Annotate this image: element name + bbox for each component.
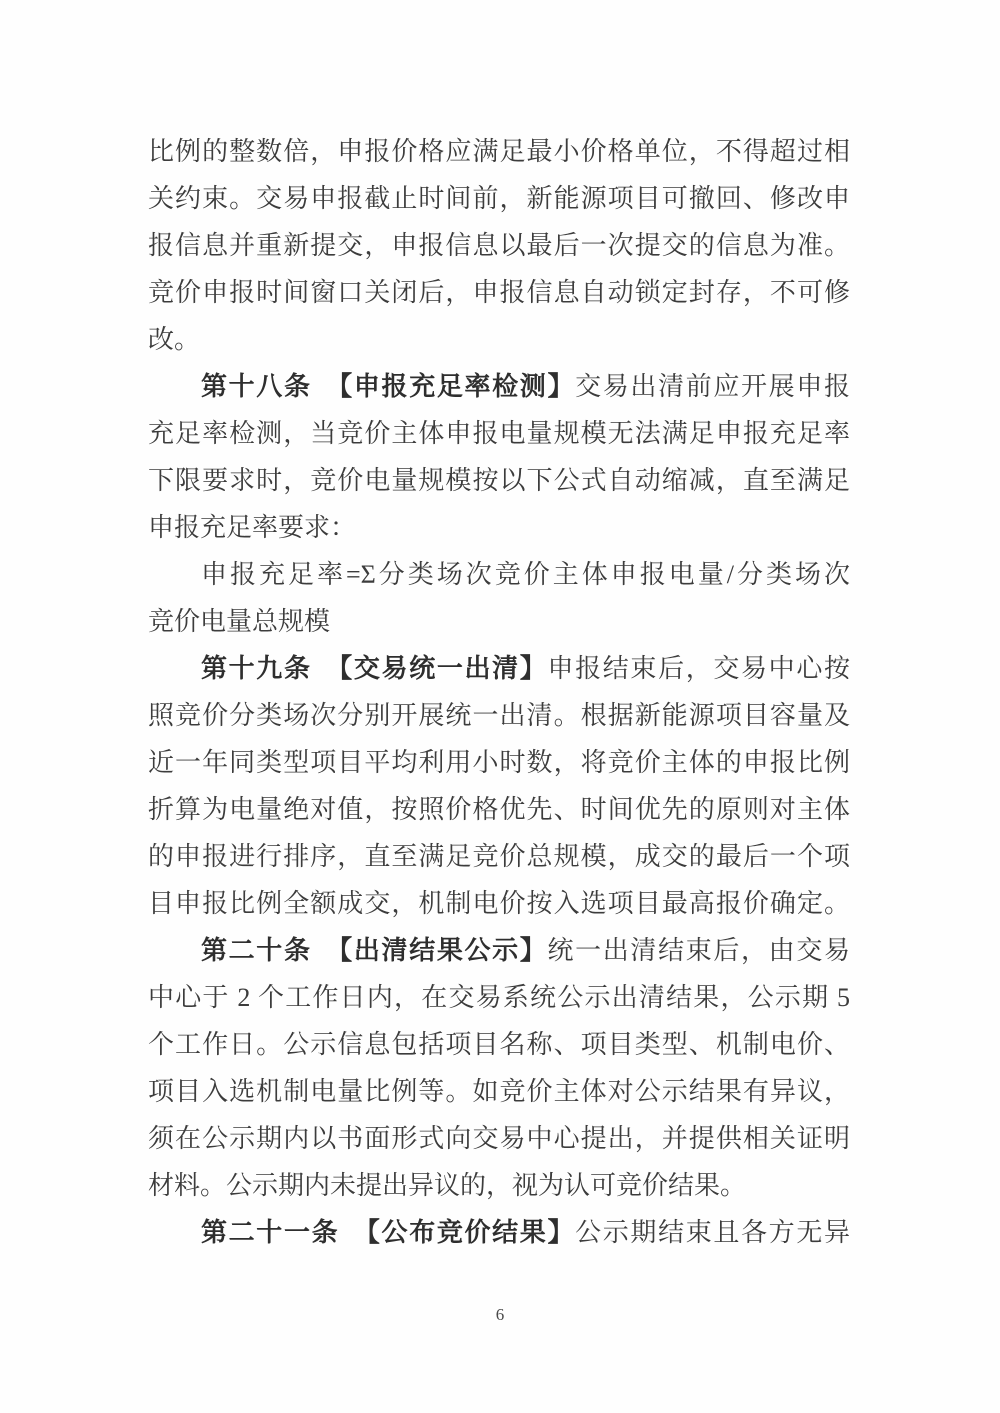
text-segment: 项目入选机制电量比例等。如竞价主体对公示结果有异议， <box>148 1077 850 1106</box>
text-segment: 须在公示期内以书面形式向交易中心提出，并提供相关证明 <box>148 1124 850 1153</box>
article-heading-segment: 第二十条 【出清结果公示】 <box>201 936 547 965</box>
text-line: 第十八条 【申报充足率检测】交易出清前应开展申报 <box>148 363 850 410</box>
text-line: 申报充足率=Σ分类场次竞价主体申报电量/分类场次 <box>148 551 850 598</box>
text-segment: 材料。公示期内未提出异议的，视为认可竞价结果。 <box>148 1171 746 1200</box>
text-segment: 充足率检测，当竞价主体申报电量规模无法满足申报充足率 <box>148 419 850 448</box>
text-line: 的申报进行排序，直至满足竞价总规模，成交的最后一个项 <box>148 833 850 880</box>
text-line: 中心于 2 个工作日内，在交易系统公示出清结果，公示期 5 <box>148 974 850 1021</box>
article-heading-segment: 第十八条 【申报充足率检测】 <box>201 372 575 401</box>
text-line: 项目入选机制电量比例等。如竞价主体对公示结果有异议， <box>148 1068 850 1115</box>
text-segment: 申报充足率=Σ分类场次竞价主体申报电量/分类场次 <box>201 560 850 589</box>
text-segment: 竞价申报时间窗口关闭后，申报信息自动锁定封存，不可修 <box>148 278 850 307</box>
text-segment: 改。 <box>148 325 200 354</box>
text-line: 报信息并重新提交，申报信息以最后一次提交的信息为准。 <box>148 222 850 269</box>
text-segment: 申报充足率要求： <box>148 513 356 542</box>
text-segment: 公示期结束且各方无异 <box>575 1218 850 1247</box>
text-line: 折算为电量绝对值，按照价格优先、时间优先的原则对主体 <box>148 786 850 833</box>
text-line: 须在公示期内以书面形式向交易中心提出，并提供相关证明 <box>148 1115 850 1162</box>
text-line: 申报充足率要求： <box>148 504 850 551</box>
text-line: 下限要求时，竞价电量规模按以下公式自动缩减，直至满足 <box>148 457 850 504</box>
document-page: 比例的整数倍，申报价格应满足最小价格单位，不得超过相关约束。交易申报截止时间前，… <box>0 0 1000 1413</box>
text-line: 个工作日。公示信息包括项目名称、项目类型、机制电价、 <box>148 1021 850 1068</box>
text-segment: 竞价电量总规模 <box>148 607 330 636</box>
text-segment: 目申报比例全额成交，机制电价按入选项目最高报价确定。 <box>148 889 850 918</box>
text-line: 近一年同类型项目平均利用小时数，将竞价主体的申报比例 <box>148 739 850 786</box>
text-line: 第十九条 【交易统一出清】申报结束后，交易中心按 <box>148 645 850 692</box>
text-segment: 中心于 2 个工作日内，在交易系统公示出清结果，公示期 5 <box>148 983 850 1012</box>
text-segment: 申报结束后，交易中心按 <box>547 654 850 683</box>
text-line: 比例的整数倍，申报价格应满足最小价格单位，不得超过相 <box>148 128 850 175</box>
text-line: 竞价申报时间窗口关闭后，申报信息自动锁定封存，不可修 <box>148 269 850 316</box>
text-segment: 统一出清结束后，由交易 <box>547 936 850 965</box>
text-line: 改。 <box>148 316 850 363</box>
text-line: 目申报比例全额成交，机制电价按入选项目最高报价确定。 <box>148 880 850 927</box>
text-line: 照竞价分类场次分别开展统一出清。根据新能源项目容量及 <box>148 692 850 739</box>
text-segment: 比例的整数倍，申报价格应满足最小价格单位，不得超过相 <box>148 137 850 166</box>
text-segment: 近一年同类型项目平均利用小时数，将竞价主体的申报比例 <box>148 748 850 777</box>
article-heading-segment: 第二十一条 【公布竞价结果】 <box>201 1218 575 1247</box>
text-line: 充足率检测，当竞价主体申报电量规模无法满足申报充足率 <box>148 410 850 457</box>
text-line: 第二十条 【出清结果公示】统一出清结束后，由交易 <box>148 927 850 974</box>
text-line: 第二十一条 【公布竞价结果】公示期结束且各方无异 <box>148 1209 850 1256</box>
text-line: 竞价电量总规模 <box>148 598 850 645</box>
text-line: 材料。公示期内未提出异议的，视为认可竞价结果。 <box>148 1162 850 1209</box>
text-segment: 折算为电量绝对值，按照价格优先、时间优先的原则对主体 <box>148 795 850 824</box>
text-segment: 下限要求时，竞价电量规模按以下公式自动缩减，直至满足 <box>148 466 850 495</box>
text-segment: 关约束。交易申报截止时间前，新能源项目可撤回、修改申 <box>148 184 850 213</box>
document-body: 比例的整数倍，申报价格应满足最小价格单位，不得超过相关约束。交易申报截止时间前，… <box>148 128 850 1256</box>
page-number: 6 <box>0 1305 1000 1325</box>
text-segment: 交易出清前应开展申报 <box>575 372 850 401</box>
text-segment: 个工作日。公示信息包括项目名称、项目类型、机制电价、 <box>148 1030 850 1059</box>
text-segment: 报信息并重新提交，申报信息以最后一次提交的信息为准。 <box>148 231 850 260</box>
text-line: 关约束。交易申报截止时间前，新能源项目可撤回、修改申 <box>148 175 850 222</box>
text-segment: 照竞价分类场次分别开展统一出清。根据新能源项目容量及 <box>148 701 850 730</box>
text-segment: 的申报进行排序，直至满足竞价总规模，成交的最后一个项 <box>148 842 850 871</box>
article-heading-segment: 第十九条 【交易统一出清】 <box>201 654 547 683</box>
